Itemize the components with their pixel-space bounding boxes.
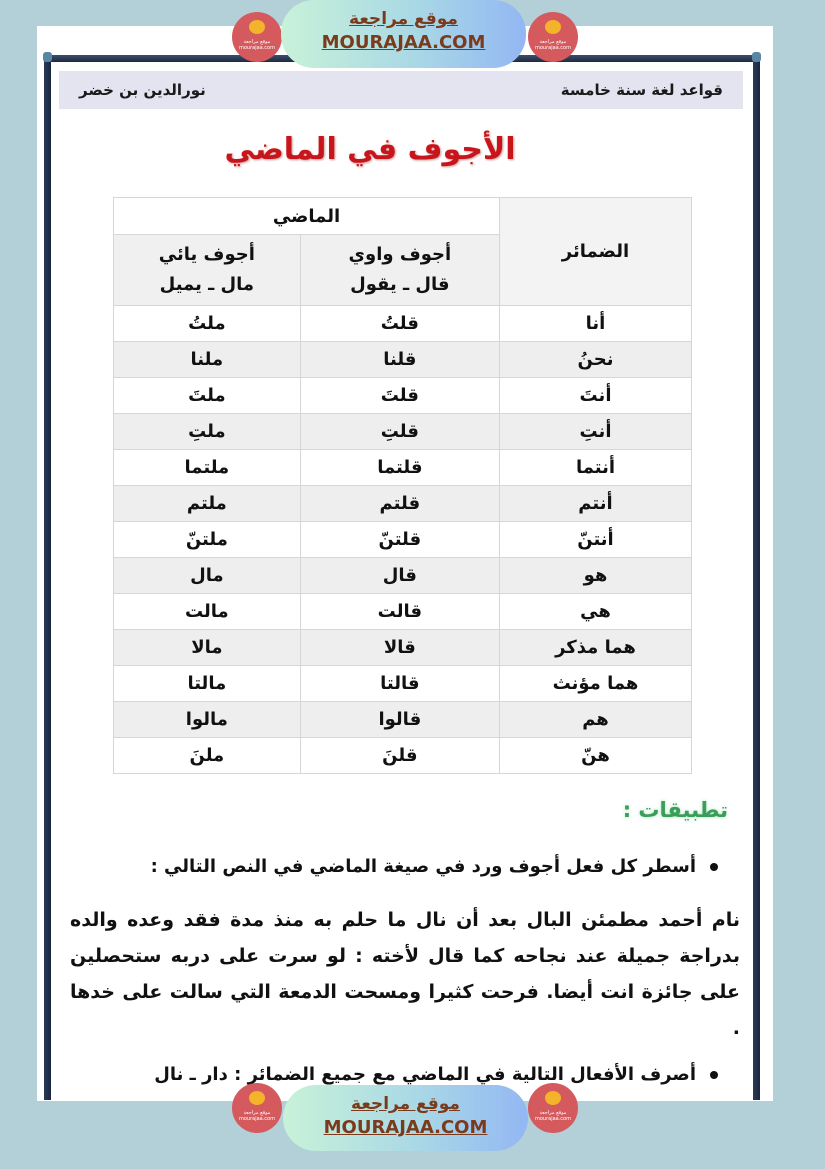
page-title: الأجوف في الماضي bbox=[200, 132, 540, 167]
logo-book-icon bbox=[545, 1091, 561, 1105]
logo-caption-en: mourajaa.com bbox=[239, 45, 275, 51]
ya-cell: ملتُ bbox=[114, 306, 301, 342]
frame-corner-right bbox=[752, 52, 761, 62]
waw-cell: قلنا bbox=[300, 342, 499, 378]
pronoun-cell: هما مؤنث bbox=[500, 666, 692, 702]
table-row: هما مذكرقالامالا bbox=[114, 630, 692, 666]
table-row: هنّقلنَملنَ bbox=[114, 738, 692, 774]
header-hollow-ya: أجوف يائي مال ـ يميل bbox=[114, 235, 301, 306]
waw-cell: قال bbox=[300, 558, 499, 594]
frame-corner-left bbox=[43, 52, 52, 62]
conjugation-table: الضمائر الماضي أجوف واوي قال ـ يقول أجوف… bbox=[113, 197, 692, 774]
waw-cell: قلتِ bbox=[300, 414, 499, 450]
pronoun-cell: أنتم bbox=[500, 486, 692, 522]
logo-caption-en: mourajaa.com bbox=[239, 1116, 275, 1122]
header-past: الماضي bbox=[114, 198, 500, 235]
table-row: هوقالمال bbox=[114, 558, 692, 594]
logo-book-icon bbox=[249, 20, 265, 34]
ya-cell: مالوا bbox=[114, 702, 301, 738]
site-logo-left-top: موقع مراجعةmourajaa.com bbox=[232, 12, 282, 62]
header-ya-line2: مال ـ يميل bbox=[114, 270, 300, 300]
watermark-site-en[interactable]: MOURAJAA.COM bbox=[283, 1115, 528, 1141]
pronoun-cell: أنا bbox=[500, 306, 692, 342]
ya-cell: مالت bbox=[114, 594, 301, 630]
pronoun-cell: هو bbox=[500, 558, 692, 594]
waw-cell: قلنَ bbox=[300, 738, 499, 774]
frame-left-border bbox=[44, 55, 51, 1100]
table-row: أنتنّقلتنّملتنّ bbox=[114, 522, 692, 558]
header-pronouns: الضمائر bbox=[500, 198, 692, 306]
pronoun-cell: أنتِ bbox=[500, 414, 692, 450]
frame-right-border bbox=[753, 55, 760, 1100]
ya-cell: مالتا bbox=[114, 666, 301, 702]
exercise-2-text: أصرف الأفعال التالية في الماضي مع جميع ا… bbox=[154, 1064, 696, 1085]
waw-cell: قالتا bbox=[300, 666, 499, 702]
course-label: قواعد لغة سنة خامسة bbox=[561, 81, 723, 99]
site-logo-right-top: موقع مراجعةmourajaa.com bbox=[528, 12, 578, 62]
table-row: همقالوامالوا bbox=[114, 702, 692, 738]
site-logo-left-bottom: موقع مراجعةmourajaa.com bbox=[232, 1083, 282, 1133]
logo-caption-en: mourajaa.com bbox=[535, 1116, 571, 1122]
pronoun-cell: هما مذكر bbox=[500, 630, 692, 666]
ya-cell: مالا bbox=[114, 630, 301, 666]
table-row: هيقالتمالت bbox=[114, 594, 692, 630]
waw-cell: قالا bbox=[300, 630, 499, 666]
ya-cell: ملتما bbox=[114, 450, 301, 486]
waw-cell: قالوا bbox=[300, 702, 499, 738]
watermark-site-ar[interactable]: موقع مراجعة bbox=[281, 8, 526, 30]
exercise-2: أصرف الأفعال التالية في الماضي مع جميع ا… bbox=[154, 1064, 718, 1085]
header-band: قواعد لغة سنة خامسة نورالدين بن خضر bbox=[59, 71, 743, 109]
exercise-paragraph: نام أحمد مطمئن البال بعد أن نال ما حلم ب… bbox=[70, 902, 740, 1046]
table-row: نحنُقلناملنا bbox=[114, 342, 692, 378]
applications-title: تطبيقات : bbox=[623, 798, 728, 822]
table-row: أنتماقلتماملتما bbox=[114, 450, 692, 486]
ya-cell: ملتَ bbox=[114, 378, 301, 414]
ya-cell: ملتِ bbox=[114, 414, 301, 450]
pronoun-cell: أنتما bbox=[500, 450, 692, 486]
header-ya-line1: أجوف يائي bbox=[114, 240, 300, 270]
ya-cell: مال bbox=[114, 558, 301, 594]
exercise-1: أسطر كل فعل أجوف ورد في صيغة الماضي في ا… bbox=[151, 856, 718, 877]
waw-cell: قلتَ bbox=[300, 378, 499, 414]
pronoun-cell: هنّ bbox=[500, 738, 692, 774]
ya-cell: ملنا bbox=[114, 342, 301, 378]
logo-book-icon bbox=[545, 20, 561, 34]
ya-cell: ملنَ bbox=[114, 738, 301, 774]
table-row: أنتِقلتِملتِ bbox=[114, 414, 692, 450]
exercise-1-text: أسطر كل فعل أجوف ورد في صيغة الماضي في ا… bbox=[151, 856, 696, 877]
waw-cell: قلتنّ bbox=[300, 522, 499, 558]
waw-cell: قلتم bbox=[300, 486, 499, 522]
watermark-site-en[interactable]: MOURAJAA.COM bbox=[281, 30, 526, 56]
pronoun-cell: نحنُ bbox=[500, 342, 692, 378]
logo-caption-en: mourajaa.com bbox=[535, 45, 571, 51]
header-waw-line1: أجوف واوي bbox=[301, 240, 499, 270]
bullet-icon bbox=[710, 1071, 718, 1079]
waw-cell: قالت bbox=[300, 594, 499, 630]
table-row: هما مؤنثقالتامالتا bbox=[114, 666, 692, 702]
header-hollow-waw: أجوف واوي قال ـ يقول bbox=[300, 235, 499, 306]
header-waw-line2: قال ـ يقول bbox=[301, 270, 499, 300]
pronoun-cell: هي bbox=[500, 594, 692, 630]
watermark-site-ar[interactable]: موقع مراجعة bbox=[283, 1093, 528, 1115]
table-row: أناقلتُملتُ bbox=[114, 306, 692, 342]
ya-cell: ملتنّ bbox=[114, 522, 301, 558]
waw-cell: قلتما bbox=[300, 450, 499, 486]
pronoun-cell: أنتنّ bbox=[500, 522, 692, 558]
pronoun-cell: أنتَ bbox=[500, 378, 692, 414]
pronoun-cell: هم bbox=[500, 702, 692, 738]
author-name: نورالدين بن خضر bbox=[79, 81, 206, 99]
watermark-badge-top[interactable]: موقع مراجعة MOURAJAA.COM bbox=[281, 0, 526, 68]
logo-book-icon bbox=[249, 1091, 265, 1105]
bullet-icon bbox=[710, 863, 718, 871]
waw-cell: قلتُ bbox=[300, 306, 499, 342]
table-row: أنتَقلتَملتَ bbox=[114, 378, 692, 414]
watermark-badge-bottom[interactable]: موقع مراجعة MOURAJAA.COM bbox=[283, 1085, 528, 1151]
table-row: أنتمقلتمملتم bbox=[114, 486, 692, 522]
ya-cell: ملتم bbox=[114, 486, 301, 522]
site-logo-right-bottom: موقع مراجعةmourajaa.com bbox=[528, 1083, 578, 1133]
